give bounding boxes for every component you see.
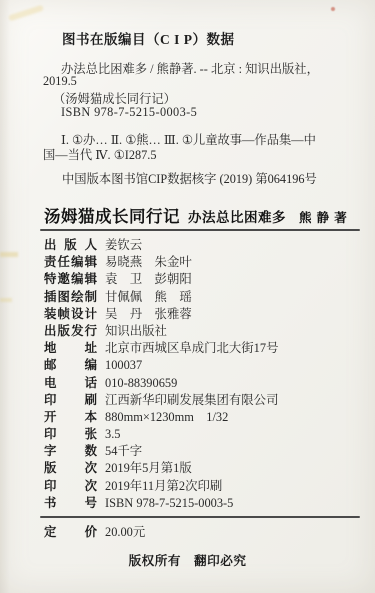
info-row: 责任编辑易晓燕 朱金叶 — [44, 254, 278, 271]
info-row-label: 责任编辑 — [44, 254, 97, 271]
info-row-value: 3.5 — [105, 427, 121, 441]
scan-left-mark — [0, 298, 12, 302]
scan-smudge — [8, 5, 44, 22]
info-row-value: ISBN 978-7-5215-0003-5 — [105, 496, 233, 510]
info-row: 印刷江西新华印刷发展集团有限公司 — [44, 392, 278, 409]
info-row: 开本880mm×1230mm 1/32 — [44, 409, 278, 426]
info-row: 出版发行知识出版社 — [44, 323, 278, 340]
info-row-label: 装帧设计 — [44, 306, 97, 323]
copyright-page: 图书在版编目（C I P）数据 办法总比困难多 / 熊静著. -- 北京 : 知… — [0, 0, 375, 593]
copyright-notice: 版权所有 翻印必究 — [0, 550, 375, 569]
info-row: 字数54千字 — [44, 443, 278, 460]
divider-rule-bottom — [40, 516, 360, 518]
info-row-label: 印张 — [44, 426, 97, 443]
price-value: 20.00元 — [105, 525, 145, 539]
info-row: 插图绘制甘佩佩 熊 瑶 — [44, 289, 278, 306]
info-row: 邮编100037 — [44, 357, 278, 374]
info-row-label: 地址 — [44, 340, 97, 357]
info-row: 版次2019年5月第1版 — [44, 460, 278, 477]
info-row-value: 100037 — [105, 358, 142, 372]
cip-entry-line-2: 2019.5 — [43, 74, 77, 89]
info-row-value: 2019年11月第2次印刷 — [105, 479, 222, 493]
info-row: 特邀编辑袁 卫 彭朝阳 — [44, 271, 278, 288]
divider-rule-top — [40, 229, 360, 231]
info-row: 书号ISBN 978-7-5215-0003-5 — [44, 495, 278, 512]
info-row-value: 易晓燕 朱金叶 — [105, 255, 192, 269]
info-row-label: 特邀编辑 — [44, 271, 97, 288]
info-row-label: 开本 — [44, 409, 97, 426]
info-row-value: 2019年5月第1版 — [105, 461, 192, 475]
info-row-value: 010-88390659 — [105, 376, 177, 390]
cip-heading: 图书在版编目（C I P）数据 — [62, 28, 235, 48]
cip-entry-line-1: 办法总比困难多 / 熊静著. -- 北京 : 知识出版社， — [61, 59, 319, 77]
series-title: 汤姆猫成长同行记 — [44, 203, 180, 227]
author-name: 熊 静 著 — [299, 208, 347, 226]
scan-left-mark — [0, 252, 18, 257]
scan-red-speck — [331, 7, 335, 11]
info-row-value: 江西新华印刷发展集团有限公司 — [105, 393, 278, 407]
price-label: 定价 — [44, 524, 97, 541]
cip-record-number: 中国版本图书馆CIP数据核字 (2019) 第064196号 — [62, 169, 317, 187]
info-row-label: 印次 — [44, 478, 97, 495]
info-row-label: 字数 — [44, 443, 97, 460]
info-row-label: 插图绘制 — [44, 289, 97, 306]
cip-classification-line-2: 国—当代 Ⅳ. ①I287.5 — [43, 145, 156, 163]
info-row: 印次2019年11月第2次印刷 — [44, 478, 278, 495]
cip-isbn: ISBN 978-7-5215-0003-5 — [61, 105, 197, 120]
info-row-label: 邮编 — [44, 357, 97, 374]
book-title: 办法总比困难多 — [188, 206, 286, 226]
info-row: 地址北京市西城区阜成门北大街17号 — [44, 340, 278, 357]
info-row-value: 姜钦云 — [105, 238, 142, 252]
publication-info-table: 出版人姜钦云 责任编辑易晓燕 朱金叶 特邀编辑袁 卫 彭朝阳 插图绘制甘佩佩 熊… — [44, 237, 278, 512]
info-row: 印张3.5 — [44, 426, 278, 443]
info-row-value: 54千字 — [105, 444, 142, 458]
price-row: 定价20.00元 — [44, 524, 145, 541]
info-row-label: 电话 — [44, 375, 97, 392]
info-row-label: 书号 — [44, 495, 97, 512]
scan-edge-shade — [0, 0, 10, 593]
info-row: 电话010-88390659 — [44, 375, 278, 392]
info-row-value: 吴 丹 张雅蓉 — [105, 307, 192, 321]
info-row-value: 袁 卫 彭朝阳 — [105, 272, 192, 286]
info-row-label: 出版人 — [44, 237, 97, 254]
info-row: 出版人姜钦云 — [44, 237, 278, 254]
info-row-label: 版次 — [44, 460, 97, 477]
info-row-value: 知识出版社 — [105, 324, 167, 338]
info-row-value: 880mm×1230mm 1/32 — [105, 410, 228, 424]
info-row-value: 甘佩佩 熊 瑶 — [105, 290, 192, 304]
info-row-label: 出版发行 — [44, 323, 97, 340]
info-row: 装帧设计吴 丹 张雅蓉 — [44, 306, 278, 323]
title-row: 汤姆猫成长同行记 办法总比困难多 熊 静 著 — [44, 203, 347, 227]
info-row-label: 印刷 — [44, 392, 97, 409]
info-row-value: 北京市西城区阜成门北大街17号 — [105, 341, 278, 355]
